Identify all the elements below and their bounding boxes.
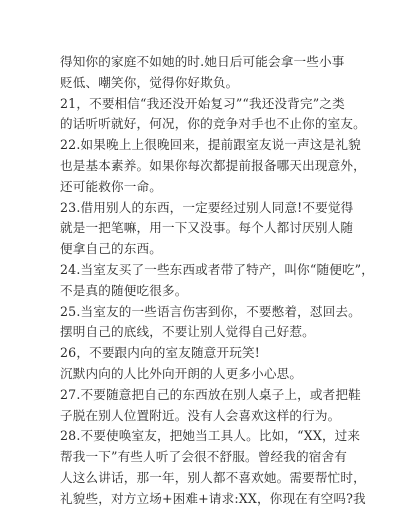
document-page: 得知你的家庭不如她的时.她日后可能会拿一些小事 贬低、嘲笑你，觉得你好欺负。 2…	[0, 0, 400, 510]
document-body: 得知你的家庭不如她的时.她日后可能会拿一些小事 贬低、嘲笑你，觉得你好欺负。 2…	[60, 52, 345, 510]
text-line: 贬低、嘲笑你，觉得你好欺负。	[60, 73, 345, 94]
text-line: 28.不要使唤室友，把她当工具人。比如，“XX，过来	[60, 426, 345, 447]
text-line: 25.当室友的一些语言伤害到你，不要憋着，怼回去。	[60, 302, 345, 323]
text-line: 不是真的随便吃很多。	[60, 281, 345, 302]
text-line: 24.当室友买了一些东西或者带了特产，叫你“随便吃”，	[60, 260, 345, 281]
text-line: 的话听听就好，何况，你的竞争对手也不止你的室友。	[60, 114, 345, 135]
text-line: 27.不要随意把自己的东西放在别人桌子上，或者把鞋	[60, 385, 345, 406]
text-line: 就是一把笔嘛，用一下又没事。每个人都讨厌别人随	[60, 218, 345, 239]
text-line: 礼貌些，对方立场+困难+请求:XX，你现在有空吗?我	[60, 489, 345, 510]
text-line: 摆明自己的底线，不要让别人觉得自己好惹。	[60, 322, 345, 343]
text-line: 26，不要跟内向的室友随意开玩笑!	[60, 343, 345, 364]
text-line: 帮我一下”有些人听了会很不舒服。曾经我的宿舍有	[60, 447, 345, 468]
text-line: 21，不要相信“我还没开始复习”“我还没背完”之类	[60, 94, 345, 115]
text-line: 人这么讲话，那一年，别人都不喜欢她。需要帮忙时，	[60, 468, 345, 489]
text-line: 子脱在别人位置附近。没有人会喜欢这样的行为。	[60, 406, 345, 427]
text-line: 沉默内向的人比外向开朗的人更多小心思。	[60, 364, 345, 385]
text-line: 便拿自己的东西。	[60, 239, 345, 260]
text-line: 22.如果晚上上很晚回来，提前跟室友说一声这是礼貌	[60, 135, 345, 156]
text-line: 也是基本素养。如果你每次都提前报备哪天出现意外，	[60, 156, 345, 177]
text-line: 得知你的家庭不如她的时.她日后可能会拿一些小事	[60, 52, 345, 73]
text-line: 23.借用别人的东西，一定要经过别人同意!不要觉得	[60, 198, 345, 219]
text-line: 还可能救你一命。	[60, 177, 345, 198]
